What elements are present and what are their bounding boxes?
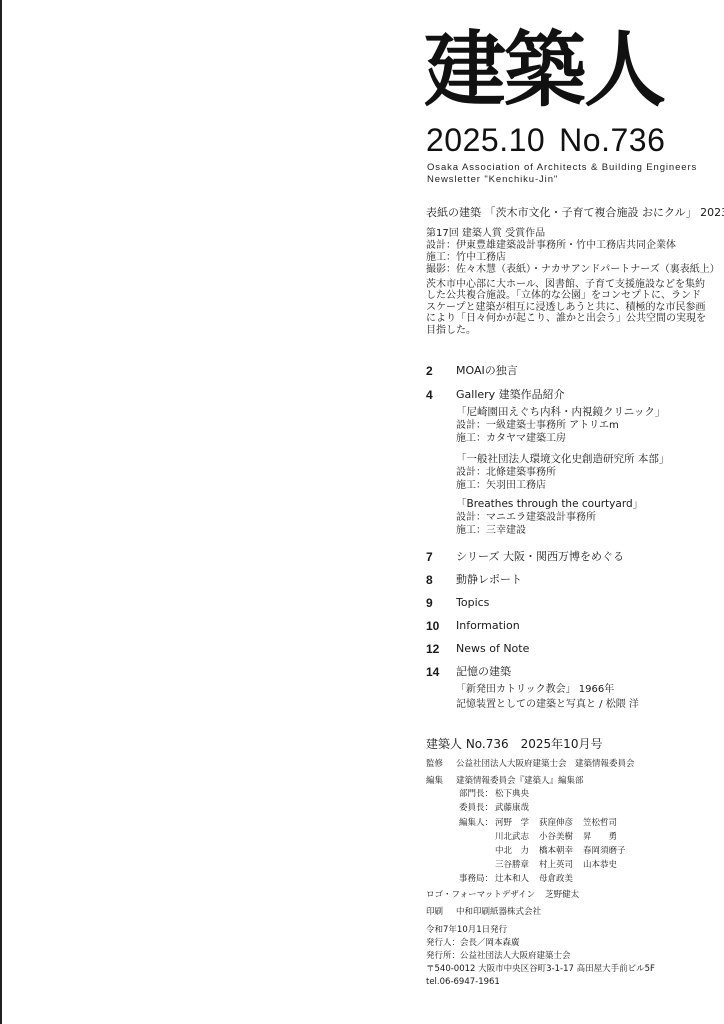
staff-name: 荻窪伸彦 bbox=[539, 818, 583, 829]
staff-name: 昇 勇 bbox=[583, 832, 627, 843]
gallery-work-2: 「一般社団法人環境文化史創造研究所 本部」 設計：北條建築事務所 施工：矢羽田工… bbox=[456, 452, 669, 492]
staff-row: 事務局：辻本和人母倉政美 bbox=[459, 874, 583, 885]
cover-credits: 第17回 建築人賞 受賞作品 設計：伊東豊雄建築設計事務所・竹中工務店共同企業体… bbox=[426, 228, 720, 276]
supervision-row: 監修公益社団法人大阪府建築士会 建築情報委員会 bbox=[426, 759, 635, 770]
design-credit: 設計：伊東豊雄建築設計事務所・竹中工務店共同企業体 bbox=[426, 240, 720, 252]
issue-date: 2025.10 bbox=[426, 122, 545, 158]
toc-title: Gallery 建築作品紹介 bbox=[456, 388, 565, 402]
staff-row: 川北武志小谷美樹昇 勇 bbox=[459, 832, 627, 843]
toc-page-number: 2 bbox=[426, 364, 452, 378]
staff-name: 笠松哲司 bbox=[583, 818, 627, 829]
work-title: 「新発田カトリック教会」 1966年 bbox=[456, 682, 639, 697]
staff-row: 部門長：松下典央 bbox=[459, 789, 539, 800]
address: 〒540-0012 大阪市中央区谷町3-1-17 高田屋大手前ビル5F bbox=[426, 963, 655, 976]
work-construction: 施工：三幸建設 bbox=[456, 525, 643, 538]
toc-title: Topics bbox=[456, 596, 489, 610]
staff-name: 松下典央 bbox=[495, 789, 539, 800]
issue-line: 2025.10No.736 bbox=[426, 122, 665, 158]
work-title: 「一般社団法人環境文化史創造研究所 本部」 bbox=[456, 452, 669, 467]
staff-name: 三谷勝章 bbox=[495, 860, 539, 871]
work-design: 設計：マニエラ建築設計事務所 bbox=[456, 512, 643, 525]
telephone: tel.06-6947-1961 bbox=[426, 976, 655, 989]
work-construction: 施工：矢羽田工務店 bbox=[456, 480, 669, 493]
org-line-1: Osaka Association of Architects & Buildi… bbox=[427, 162, 697, 174]
cover-description: 茨木市中心部に大ホール、図書館、子育て支援施設などを集約した公共複合施設。「立体… bbox=[426, 279, 708, 336]
cover-building-title: 表紙の建築 「茨木市文化・子育て複合施設 おにクル」 2023年 bbox=[426, 206, 724, 220]
staff-role: 事務局： bbox=[459, 874, 495, 885]
printing-label: 印刷 bbox=[426, 907, 456, 918]
toc-page-number: 12 bbox=[426, 642, 452, 656]
staff-role: 部門長： bbox=[459, 789, 495, 800]
staff-name: 武藤康哉 bbox=[495, 803, 539, 814]
staff-role: 編集人： bbox=[459, 818, 495, 829]
staff-name: 村上英司 bbox=[539, 860, 583, 871]
toc-page-number: 10 bbox=[426, 619, 452, 633]
publishing-office: 発行所：公益社団法人大阪府建築士会 bbox=[426, 950, 655, 963]
editing-row: 編集建築情報委員会『建築人』編集部 bbox=[426, 776, 584, 787]
printing-row: 印刷中和印刷紙器株式会社 bbox=[426, 907, 541, 918]
editing-value: 建築情報委員会『建築人』編集部 bbox=[456, 776, 584, 786]
work-construction: 施工：カタヤマ建築工房 bbox=[456, 433, 665, 446]
page-edge-border bbox=[0, 0, 2, 1024]
magazine-title: 建築人 bbox=[424, 26, 664, 116]
org-line-2: Newsletter "Kenchiku-Jin" bbox=[427, 174, 697, 186]
logo-design-row: ロゴ・フォーマットデザイン芝野健太 bbox=[426, 890, 579, 901]
publication-info: 令和7年10月1日発行 発行人：会長／岡本森廣 発行所：公益社団法人大阪府建築士… bbox=[426, 924, 655, 989]
toc-title: Information bbox=[456, 619, 520, 633]
staff-role: 委員長： bbox=[459, 803, 495, 814]
toc-page-number: 7 bbox=[426, 550, 452, 564]
issue-number: No.736 bbox=[559, 122, 665, 158]
supervision-label: 監修 bbox=[426, 759, 456, 770]
photo-credit: 撮影：佐々木慧（表紙）・ナカサアンドパートナーズ（裏表紙上） bbox=[426, 264, 720, 276]
staff-name: 春岡須磨子 bbox=[583, 846, 627, 857]
staff-name: 山本恭史 bbox=[583, 860, 627, 871]
gallery-work-3: 「Breathes through the courtyard」 設計：マニエラ… bbox=[456, 497, 643, 537]
staff-name: 川北武志 bbox=[495, 832, 539, 843]
construction-credit: 施工：竹中工務店 bbox=[426, 252, 720, 264]
staff-row: 委員長：武藤康哉 bbox=[459, 803, 539, 814]
toc-page-number: 8 bbox=[426, 573, 452, 587]
toc-title: News of Note bbox=[456, 642, 529, 656]
staff-row: 中北 力橋本朝幸春岡須磨子 bbox=[459, 846, 627, 857]
logo-design-label: ロゴ・フォーマットデザイン bbox=[426, 890, 535, 900]
staff-name: 河野 学 bbox=[495, 818, 539, 829]
toc-title: 動静レポート bbox=[456, 573, 522, 587]
organization-name: Osaka Association of Architects & Buildi… bbox=[427, 162, 697, 186]
award-line: 第17回 建築人賞 受賞作品 bbox=[426, 228, 720, 240]
staff-name: 小谷美樹 bbox=[539, 832, 583, 843]
toc-page-number: 9 bbox=[426, 596, 452, 610]
memory-architecture-details: 「新発田カトリック教会」 1966年 記憶装置としての建築と写真と / 松隈 洋 bbox=[456, 682, 639, 712]
staff-name: 中北 力 bbox=[495, 846, 539, 857]
work-design: 設計：一級建築士事務所 アトリエm bbox=[456, 420, 665, 433]
toc-title: シリーズ 大阪・関西万博をめぐる bbox=[456, 550, 624, 564]
gallery-work-1: 「尼崎園田えぐち内科・内視鏡クリニック」 設計：一級建築士事務所 アトリエm 施… bbox=[456, 405, 665, 445]
toc-page-number: 14 bbox=[426, 665, 452, 679]
staff-name: 母倉政美 bbox=[539, 874, 583, 885]
staff-row: 三谷勝章村上英司山本恭史 bbox=[459, 860, 627, 871]
essay-title: 記憶装置としての建築と写真と / 松隈 洋 bbox=[456, 697, 639, 712]
toc-page-number: 4 bbox=[426, 388, 452, 402]
publication-date: 令和7年10月1日発行 bbox=[426, 924, 655, 937]
staff-name: 橋本朝幸 bbox=[539, 846, 583, 857]
toc-title: 記憶の建築 bbox=[456, 665, 511, 679]
work-title: 「Breathes through the courtyard」 bbox=[456, 497, 643, 512]
staff-row: 編集人：河野 学荻窪伸彦笠松哲司 bbox=[459, 818, 627, 829]
toc-title: MOAIの独言 bbox=[456, 364, 518, 378]
work-design: 設計：北條建築事務所 bbox=[456, 467, 669, 480]
editing-label: 編集 bbox=[426, 776, 456, 787]
colophon-title: 建築人 No.736 2025年10月号 bbox=[426, 737, 602, 751]
publisher: 発行人：会長／岡本森廣 bbox=[426, 937, 655, 950]
printing-value: 中和印刷紙器株式会社 bbox=[456, 907, 541, 917]
logo-design-value: 芝野健太 bbox=[545, 890, 579, 900]
supervision-value: 公益社団法人大阪府建築士会 建築情報委員会 bbox=[456, 759, 635, 769]
staff-name: 辻本和人 bbox=[495, 874, 539, 885]
work-title: 「尼崎園田えぐち内科・内視鏡クリニック」 bbox=[456, 405, 665, 420]
